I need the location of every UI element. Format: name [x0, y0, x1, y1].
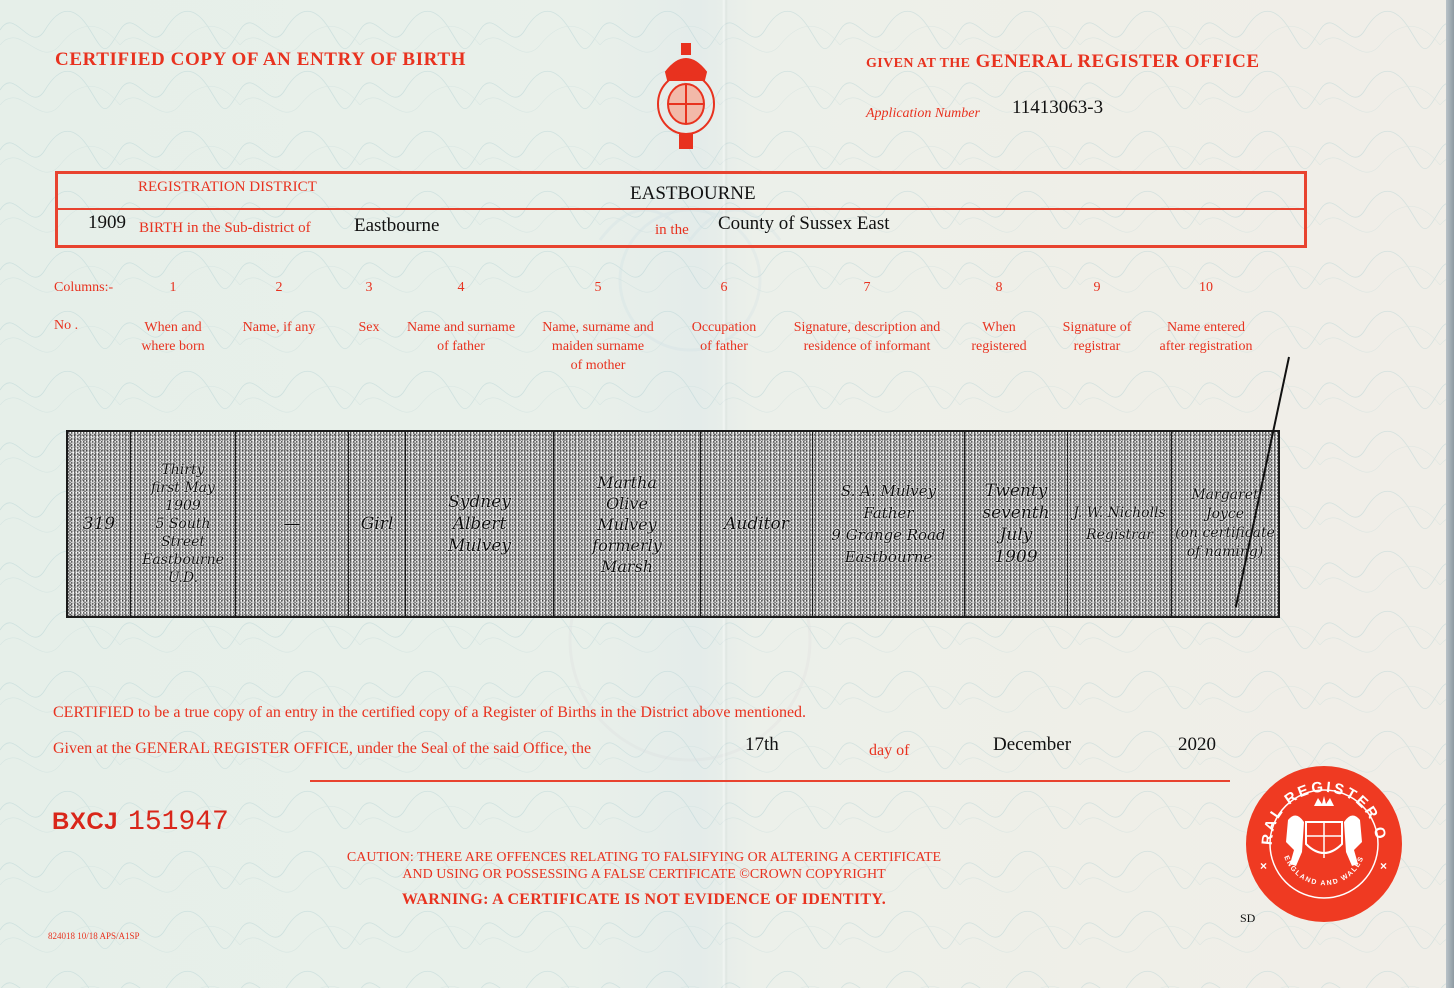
serial-prefix: BXCJ [52, 808, 118, 835]
office-title: GIVEN AT THE GENERAL REGISTER OFFICE [866, 51, 1260, 73]
given-under-seal-statement: Given at the GENERAL REGISTER OFFICE, un… [53, 740, 591, 758]
officer-initials: SD [1240, 911, 1255, 926]
office-name: GENERAL REGISTER OFFICE [976, 51, 1260, 72]
subdistrict-value: Eastbourne [354, 215, 439, 237]
entry-registrar: J. W. Nicholls Registrar [1068, 432, 1172, 616]
svg-text:×: × [1260, 859, 1267, 873]
column-number: 4 [441, 280, 481, 296]
svg-text:×: × [1380, 859, 1387, 873]
day-of-label: day of [869, 742, 909, 760]
column-heading-when-where-born: When and where born [141, 318, 204, 356]
given-at-label: GIVEN AT THE [866, 56, 970, 71]
district-divider [58, 208, 1304, 210]
in-the-label: in the [655, 222, 689, 239]
registration-district-value: EASTBOURNE [630, 183, 756, 205]
column-number: 10 [1186, 280, 1226, 296]
certification-statement: CERTIFIED to be a true copy of an entry … [53, 704, 806, 722]
column-heading-registrar: Signature of registrar [1063, 318, 1132, 356]
entry-number: 319 [68, 432, 131, 616]
column-heading-sex: Sex [359, 318, 380, 337]
entry-name: — [236, 432, 349, 616]
form-code: 824018 10/18 APS/A1SP [48, 931, 140, 941]
application-number: 11413063-3 [1012, 97, 1103, 119]
caution-notice: CAUTION: THERE ARE OFFENCES RELATING TO … [347, 849, 941, 883]
column-heading-informant: Signature, description and residence of … [794, 318, 941, 356]
entry-occupation: Auditor [701, 432, 813, 616]
column-number: 2 [259, 280, 299, 296]
entry-when-registered: Twenty seventh July 1909 [965, 432, 1068, 616]
entry-informant: S. A. Mulvey Father 9 Grange Road Eastbo… [813, 432, 965, 616]
column-number: 5 [578, 280, 618, 296]
column-number: 8 [979, 280, 1019, 296]
issue-year: 2020 [1178, 734, 1216, 756]
column-number: 3 [349, 280, 389, 296]
entry-when-where-born: Thirty first May 1909 5 South Street Eas… [131, 432, 236, 616]
column-heading-mother: Name, surname and maiden surname of moth… [542, 318, 654, 375]
general-register-office-seal-icon: GENERAL REGISTER OFFICE ENGLAND AND WALE… [1244, 764, 1404, 924]
register-entry-row: 319 Thirty first May 1909 5 South Street… [66, 430, 1280, 618]
county-value: County of Sussex East [718, 213, 890, 235]
column-heading-name-after: Name entered after registration [1160, 318, 1253, 356]
birth-year: 1909 [88, 212, 126, 234]
certificate-serial: BXCJ151947 [52, 806, 229, 838]
royal-crest-icon [652, 42, 720, 150]
identity-warning: WARNING: A CERTIFICATE IS NOT EVIDENCE O… [402, 891, 886, 909]
subdistrict-label: BIRTH in the Sub-district of [139, 220, 311, 237]
column-heading-when-registered: When registered [971, 318, 1026, 356]
certificate-title: CERTIFIED COPY OF AN ENTRY OF BIRTH [55, 49, 466, 71]
columns-label: Columns:- [54, 280, 113, 296]
entry-name-after-registration: Margaret Joyce (on certificate of naming… [1172, 432, 1278, 616]
entry-sex: Girl [349, 432, 406, 616]
column-no-label: No . [54, 318, 78, 334]
entry-father: Sydney Albert Mulvey [406, 432, 554, 616]
issue-month: December [993, 734, 1071, 756]
column-heading-name: Name, if any [243, 318, 316, 337]
column-heading-father: Name and surname of father [407, 318, 515, 356]
application-number-label: Application Number [866, 106, 980, 122]
column-number: 7 [847, 280, 887, 296]
entry-mother: Martha Olive Mulvey formerly Marsh [554, 432, 701, 616]
serial-number: 151947 [128, 807, 229, 838]
column-number: 1 [153, 280, 193, 296]
signature-rule [310, 780, 1230, 782]
column-number: 9 [1077, 280, 1117, 296]
column-number: 6 [704, 280, 744, 296]
paper-edge [1446, 0, 1454, 988]
column-heading-occupation: Occupation of father [692, 318, 757, 356]
registration-district-label: REGISTRATION DISTRICT [138, 179, 317, 196]
issue-day: 17th [745, 734, 779, 756]
